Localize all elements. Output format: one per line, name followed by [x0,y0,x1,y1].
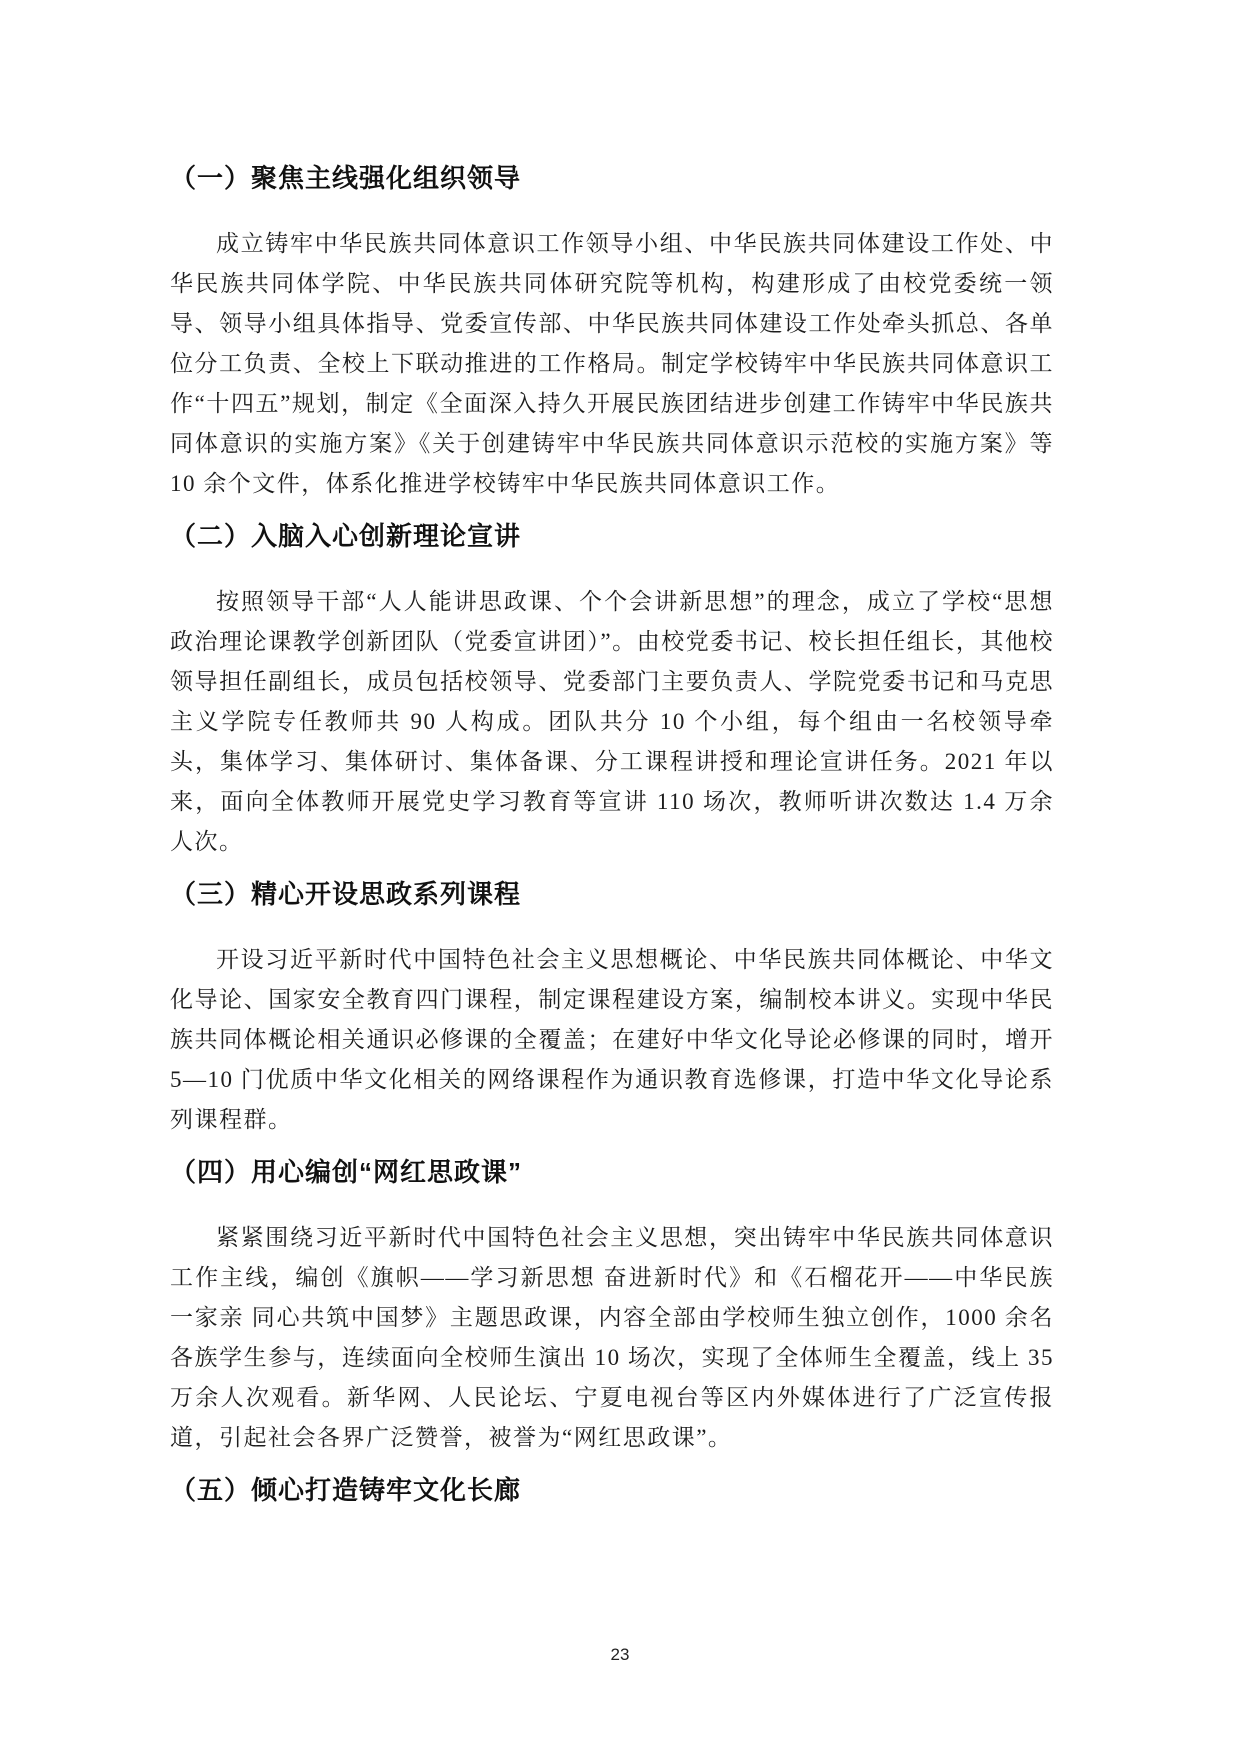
section-2-paragraph: 按照领导干部“人人能讲思政课、个个会讲新思想”的理念，成立了学校“思想政治理论课… [170,582,1054,862]
section-4: （四）用心编创“网红思政课” 紧紧围绕习近平新时代中国特色社会主义思想，突出铸牢… [170,1152,1054,1458]
page-number: 23 [0,1645,1240,1665]
section-4-heading: （四）用心编创“网红思政课” [170,1152,1054,1192]
section-1-paragraph: 成立铸牢中华民族共同体意识工作领导小组、中华民族共同体建设工作处、中华民族共同体… [170,224,1054,504]
section-3-heading: （三）精心开设思政系列课程 [170,874,1054,914]
section-3: （三）精心开设思政系列课程 开设习近平新时代中国特色社会主义思想概论、中华民族共… [170,874,1054,1140]
section-2: （二）入脑入心创新理论宣讲 按照领导干部“人人能讲思政课、个个会讲新思想”的理念… [170,516,1054,862]
section-4-paragraph: 紧紧围绕习近平新时代中国特色社会主义思想，突出铸牢中华民族共同体意识工作主线，编… [170,1218,1054,1458]
section-2-heading: （二）入脑入心创新理论宣讲 [170,516,1054,556]
section-1-heading: （一）聚焦主线强化组织领导 [170,158,1054,198]
document-content: （一）聚焦主线强化组织领导 成立铸牢中华民族共同体意识工作领导小组、中华民族共同… [170,158,1054,1536]
section-5-heading: （五）倾心打造铸牢文化长廊 [170,1470,1054,1510]
section-5: （五）倾心打造铸牢文化长廊 [170,1470,1054,1510]
section-3-paragraph: 开设习近平新时代中国特色社会主义思想概论、中华民族共同体概论、中华文化导论、国家… [170,940,1054,1140]
section-1: （一）聚焦主线强化组织领导 成立铸牢中华民族共同体意识工作领导小组、中华民族共同… [170,158,1054,504]
document-page: （一）聚焦主线强化组织领导 成立铸牢中华民族共同体意识工作领导小组、中华民族共同… [0,0,1240,1753]
